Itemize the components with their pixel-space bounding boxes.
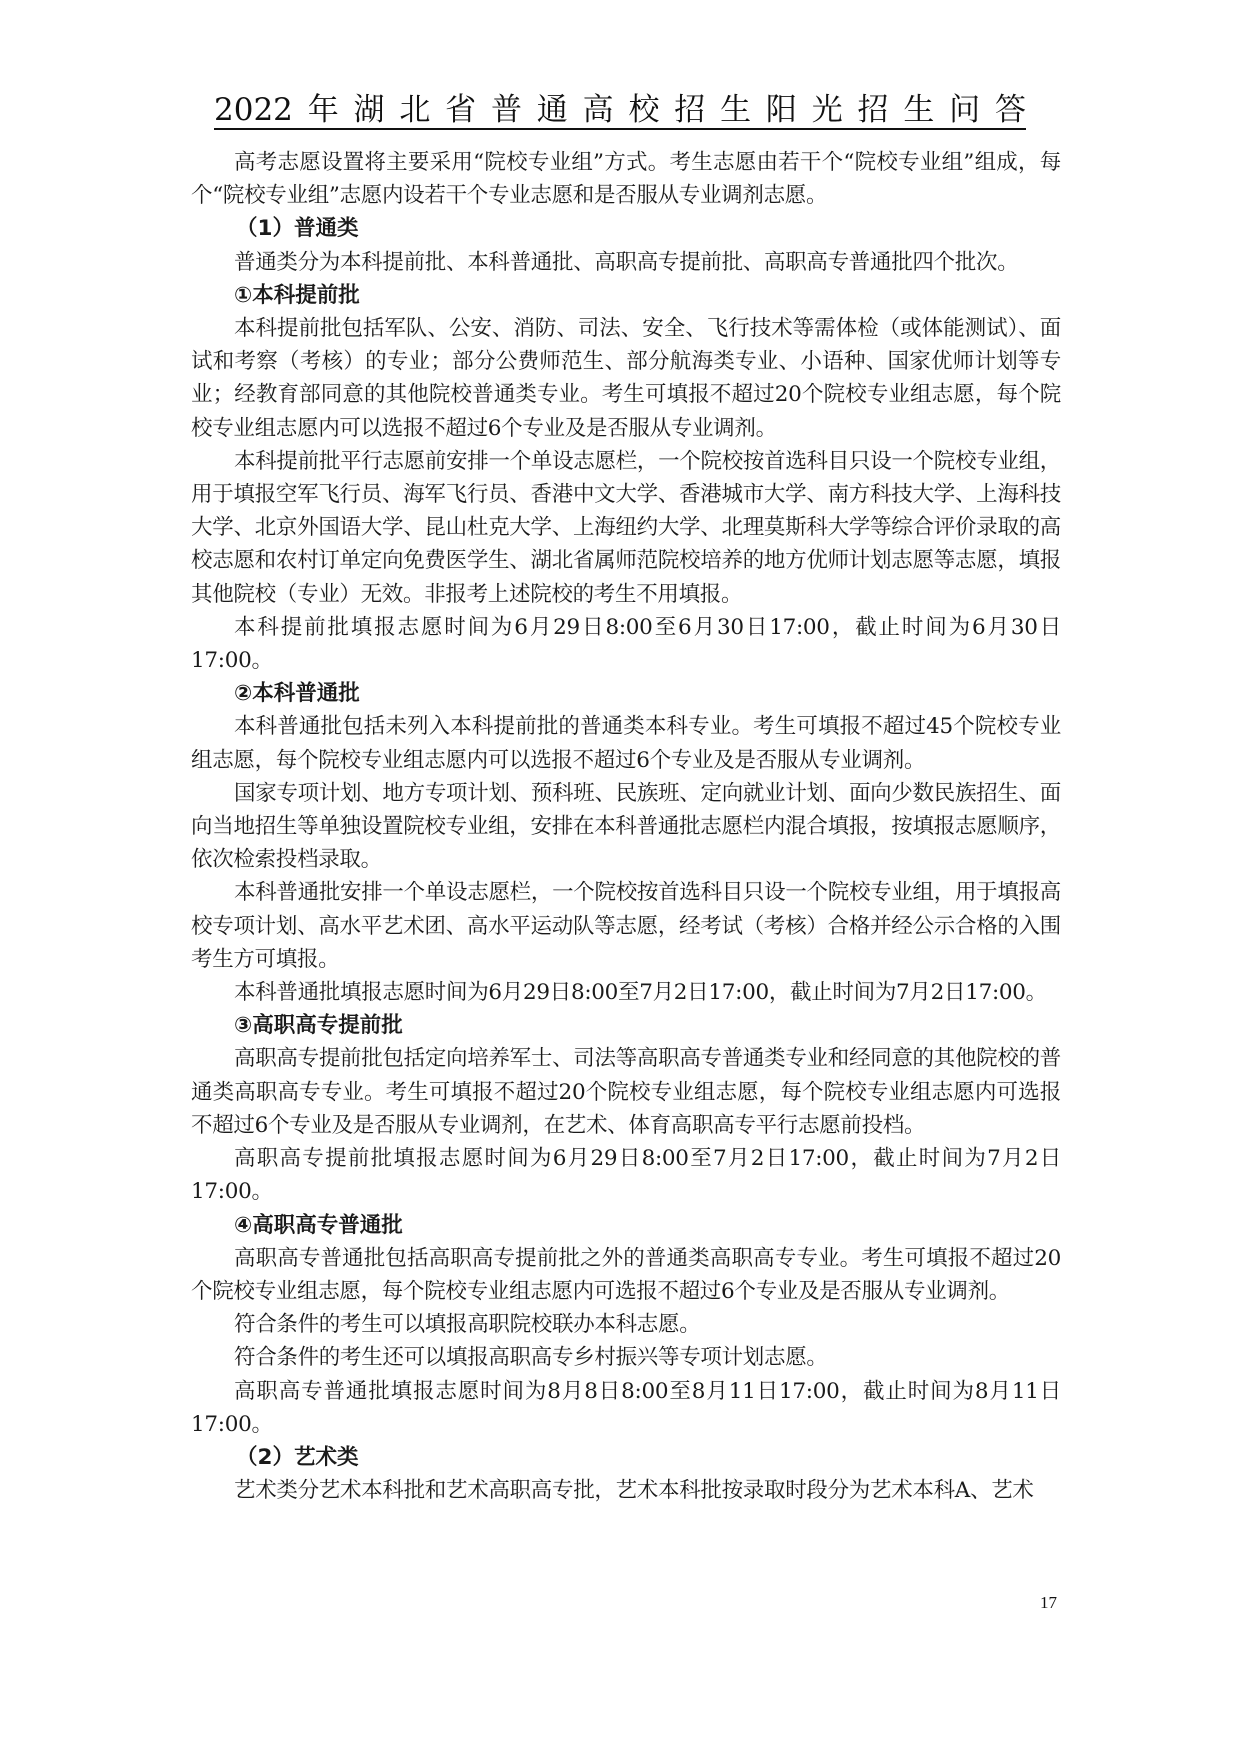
paragraph: 高职高专提前批填报志愿时间为6月29日8:00至7月2日17:00，截止时间为7…	[191, 1142, 1061, 1208]
batch-heading-vocational-early: ③高职高专提前批	[191, 1009, 1061, 1042]
paragraph: 本科普通批安排一个单设志愿栏，一个院校按首选科目只设一个院校专业组，用于填报高校…	[191, 876, 1061, 976]
batch-heading-undergrad-regular: ②本科普通批	[191, 677, 1061, 710]
section-heading-arts: （2）艺术类	[191, 1441, 1061, 1474]
paragraph: 本科普通批填报志愿时间为6月29日8:00至7月2日17:00，截止时间为7月2…	[191, 976, 1061, 1009]
paragraph: 本科普通批包括未列入本科提前批的普通类本科专业。考生可填报不超过45个院校专业组…	[191, 710, 1061, 776]
batch-heading-vocational-regular: ④高职高专普通批	[191, 1209, 1061, 1242]
paragraph: 符合条件的考生还可以填报高职高专乡村振兴等专项计划志愿。	[191, 1341, 1061, 1374]
paragraph: 高职高专提前批包括定向培养军士、司法等高职高专普通类专业和经同意的其他院校的普通…	[191, 1042, 1061, 1142]
document-title: 2022年湖北省普通高校招生阳光招生问答	[214, 92, 1026, 130]
document-body: 高考志愿设置将主要采用“院校专业组”方式。考生志愿由若干个“院校专业组”组成，每…	[191, 146, 1061, 1507]
paragraph: 高职高专普通批包括高职高专提前批之外的普通类高职高专专业。考生可填报不超过20个…	[191, 1242, 1061, 1308]
section-arts-intro: 艺术类分艺术本科批和艺术高职高专批，艺术本科批按录取时段分为艺术本科A、艺术	[191, 1474, 1061, 1507]
paragraph: 高职高专普通批填报志愿时间为8月8日8:00至8月11日17:00，截止时间为8…	[191, 1375, 1061, 1441]
paragraph: 本科提前批填报志愿时间为6月29日8:00至6月30日17:00，截止时间为6月…	[191, 611, 1061, 677]
paragraph: 本科提前批包括军队、公安、消防、司法、安全、飞行技术等需体检（或体能测试）、面试…	[191, 312, 1061, 445]
batch-heading-undergrad-early: ①本科提前批	[191, 279, 1061, 312]
paragraph: 符合条件的考生可以填报高职院校联办本科志愿。	[191, 1308, 1061, 1341]
page-number: 17	[1040, 1593, 1057, 1613]
paragraph: 本科提前批平行志愿前安排一个单设志愿栏，一个院校按首选科目只设一个院校专业组，用…	[191, 445, 1061, 611]
section-heading-general: （1）普通类	[191, 212, 1061, 245]
intro-paragraph: 高考志愿设置将主要采用“院校专业组”方式。考生志愿由若干个“院校专业组”组成，每…	[191, 146, 1061, 212]
paragraph: 国家专项计划、地方专项计划、预科班、民族班、定向就业计划、面向少数民族招生、面向…	[191, 777, 1061, 877]
section-general-intro: 普通类分为本科提前批、本科普通批、高职高专提前批、高职高专普通批四个批次。	[191, 246, 1061, 279]
